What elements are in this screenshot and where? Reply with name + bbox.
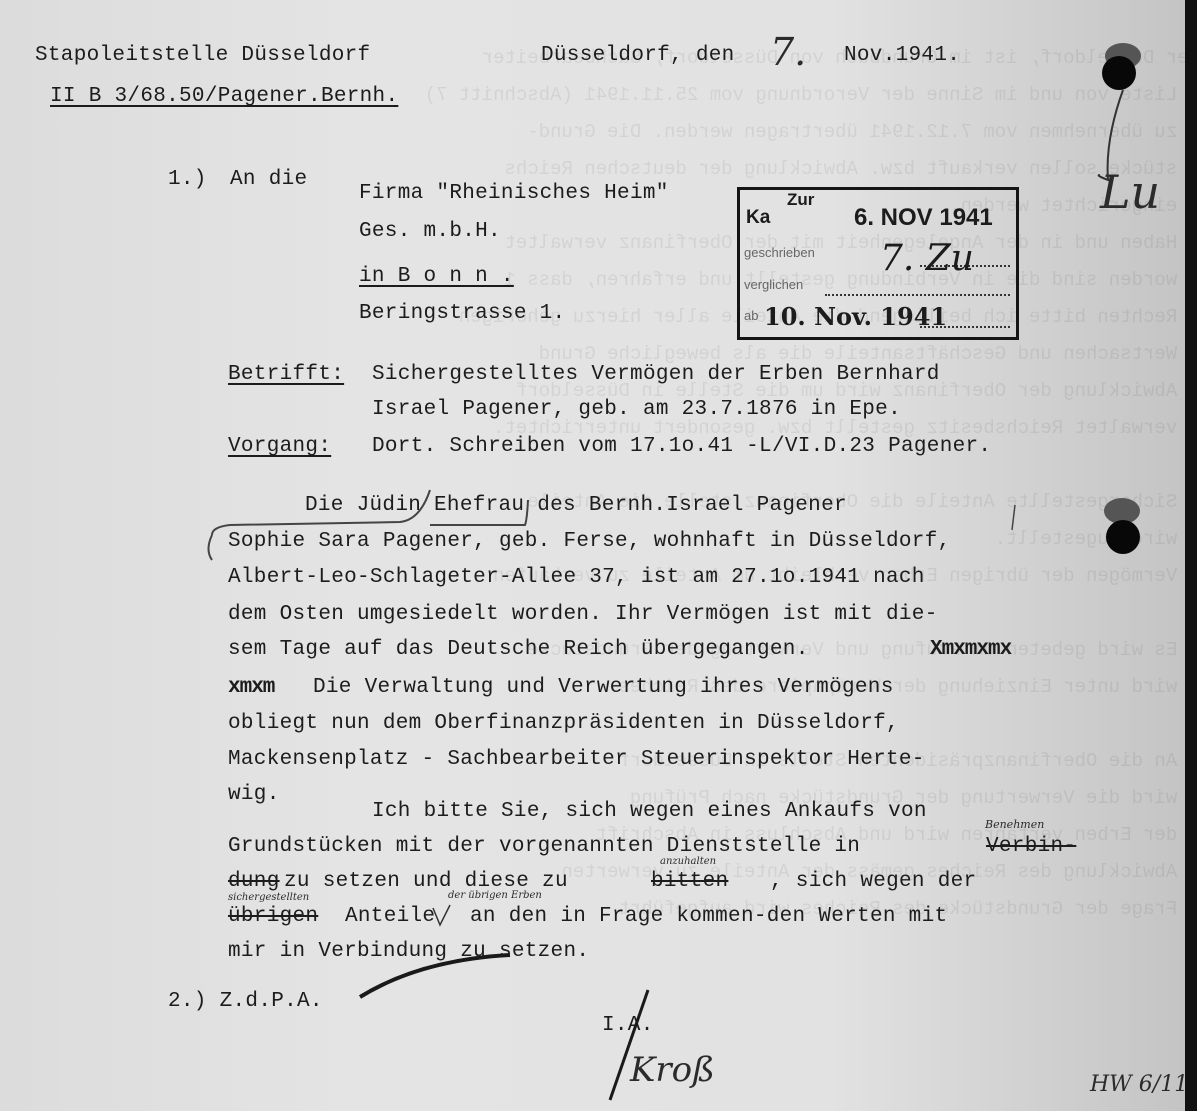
pen-marks — [0, 0, 1197, 1111]
document-page: der Düsseldorf, ist im Grundbuch von Düs… — [0, 0, 1185, 1111]
scan-edge — [1185, 0, 1197, 1111]
